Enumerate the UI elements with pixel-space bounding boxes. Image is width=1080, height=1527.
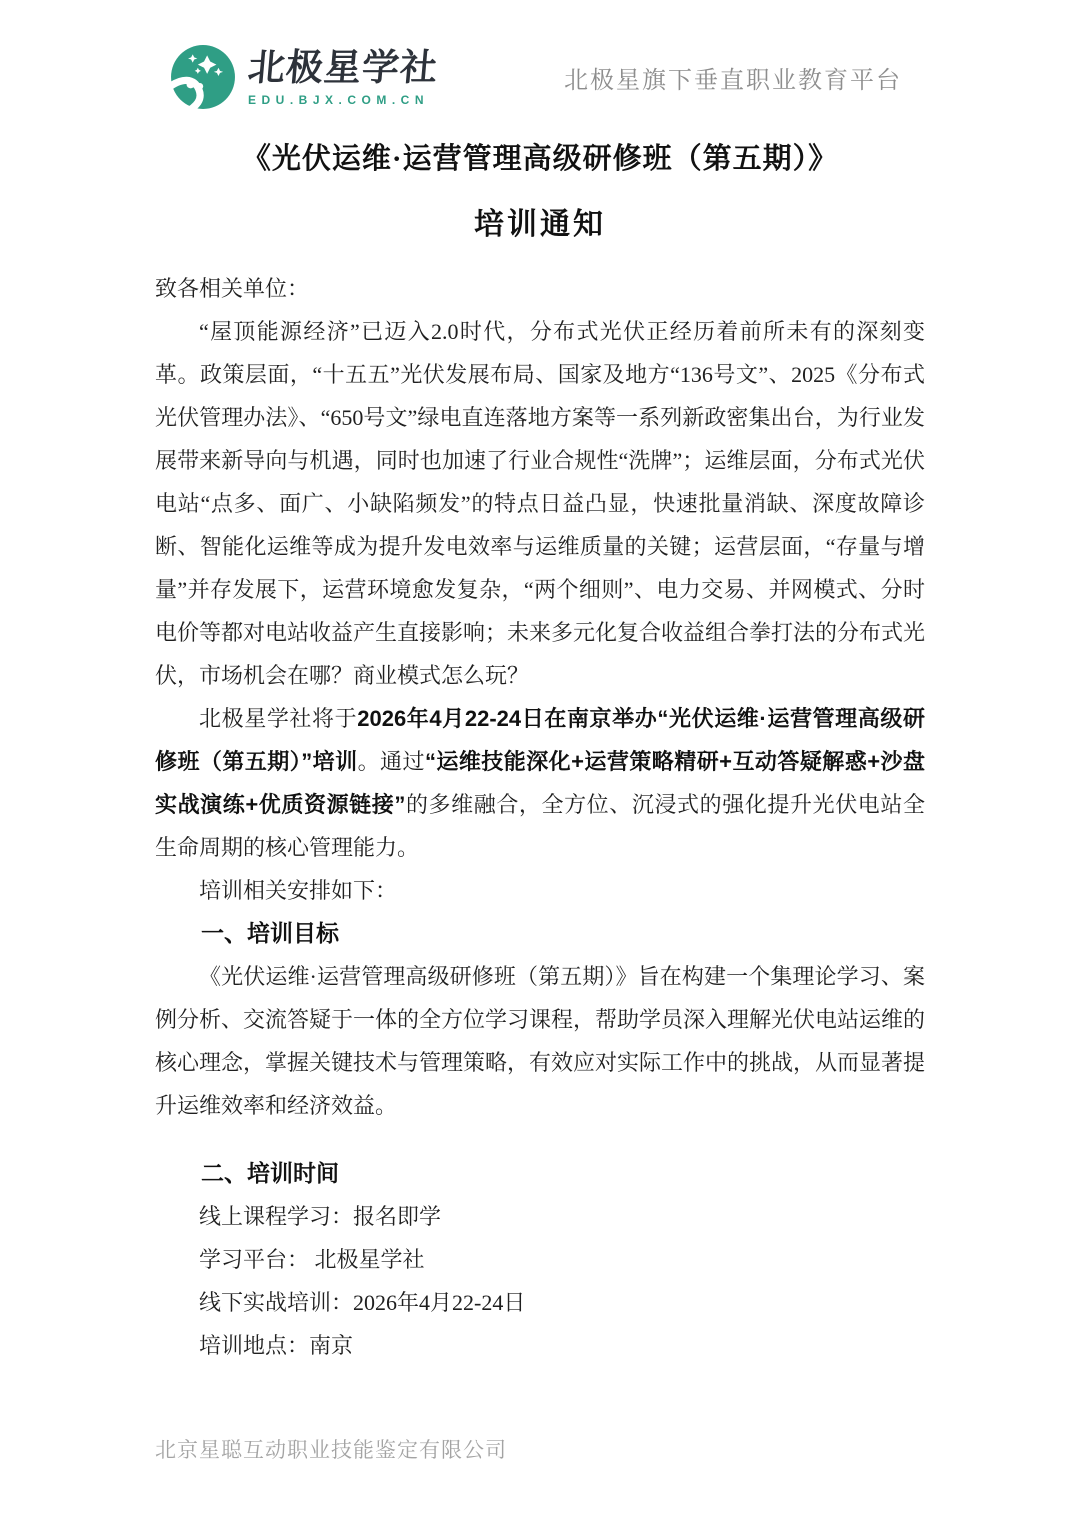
intro-segment: 北极星学社将于 xyxy=(199,706,357,731)
schedule-line-location: 培训地点：南京 xyxy=(155,1324,925,1367)
intro-segment: 。通过 xyxy=(358,749,425,774)
section-training-objectives: 一、培训目标 《光伏运维·运营管理高级研修班（第五期）》旨在构建一个集理论学习、… xyxy=(155,912,925,1127)
brand-domain: EDU.BJX.COM.CN xyxy=(248,93,438,107)
document-header: 北极星学社 EDU.BJX.COM.CN 北极星旗下垂直职业教育平台 xyxy=(0,0,1080,110)
objectives-heading: 一、培训目标 xyxy=(155,912,925,955)
document-body: 致各相关单位： “屋顶能源经济”已迈入2.0时代，分布式光伏正经历着前所未有的深… xyxy=(155,267,925,1367)
document-title: 《光伏运维·运营管理高级研修班（第五期）》 xyxy=(0,136,1080,177)
page: 北极星学社 EDU.BJX.COM.CN 北极星旗下垂直职业教育平台 《光伏运维… xyxy=(0,0,1080,1527)
schedule-line-online-course: 线上课程学习：报名即学 xyxy=(155,1195,925,1238)
schedule-line-platform: 学习平台： 北极星学社 xyxy=(155,1238,925,1281)
section-training-time: 二、培训时间 线上课程学习：报名即学 学习平台： 北极星学社 线下实战培训：20… xyxy=(155,1152,925,1367)
brand-name: 北极星学社 xyxy=(246,48,439,88)
intro-paragraph: 北极星学社将于2026年4月22-24日在南京举办“光伏运维·运营管理高级研修班… xyxy=(155,697,925,869)
background-paragraph: “屋顶能源经济”已迈入2.0时代，分布式光伏正经历着前所未有的深刻变革。政策层面… xyxy=(155,310,925,697)
brand-logo: 北极星学社 EDU.BJX.COM.CN xyxy=(170,44,438,110)
header-tagline: 北极星旗下垂直职业教育平台 xyxy=(564,60,902,95)
arrangement-note: 培训相关安排如下： xyxy=(155,869,925,912)
polestar-logo-icon xyxy=(170,44,236,110)
salutation: 致各相关单位： xyxy=(155,267,925,310)
schedule-line-offline-training: 线下实战培训：2026年4月22-24日 xyxy=(155,1281,925,1324)
brand-text-block: 北极星学社 EDU.BJX.COM.CN xyxy=(248,48,438,107)
objectives-paragraph: 《光伏运维·运营管理高级研修班（第五期）》旨在构建一个集理论学习、案例分析、交流… xyxy=(155,955,925,1127)
footer-company-name: 北京星聪互动职业技能鉴定有限公司 xyxy=(155,1434,507,1464)
schedule-heading: 二、培训时间 xyxy=(155,1152,925,1195)
document-subtitle: 培训通知 xyxy=(0,199,1080,243)
